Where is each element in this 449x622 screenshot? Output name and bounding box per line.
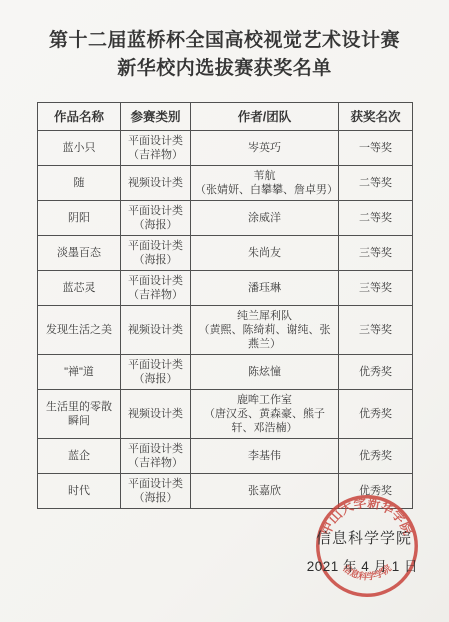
category-cell: 平面设计类 （海报）: [121, 236, 191, 271]
category-cell: 平面设计类 （海报）: [121, 474, 191, 509]
work-title-cell: 阴阳: [38, 201, 121, 236]
category-cell: 平面设计类 （海报）: [121, 355, 191, 390]
category-cell: 视频设计类: [121, 306, 191, 355]
award-cell: 三等奖: [339, 271, 413, 306]
author-cell: 苇航 （张婧妍、白攀攀、詹卓男）: [191, 166, 339, 201]
table-row: 生活里的零散瞬间 视频设计类 鹿哞工作室 （唐汉丞、黄森豪、熊子轩、邓浩楠） 优…: [38, 390, 413, 439]
category-cell: 平面设计类 （吉祥物）: [121, 439, 191, 474]
table-row: 发现生活之美 视频设计类 纯兰犀利队 （黄熙、陈绮莉、谢纯、张燕兰） 三等奖: [38, 306, 413, 355]
table-row: 蓝小只 平面设计类 （吉祥物） 岑英巧 一等奖: [38, 131, 413, 166]
author-cell: 纯兰犀利队 （黄熙、陈绮莉、谢纯、张燕兰）: [191, 306, 339, 355]
work-title-cell: 淡墨百态: [38, 236, 121, 271]
award-cell: 优秀奖: [339, 355, 413, 390]
title-line-1: 第十二届蓝桥杯全国高校视觉艺术设计赛: [0, 27, 449, 55]
category-cell: 平面设计类 （吉祥物）: [121, 131, 191, 166]
document-title: 第十二届蓝桥杯全国高校视觉艺术设计赛 新华校内选拔赛获奖名单: [0, 0, 449, 83]
table-row: 随 视频设计类 苇航 （张婧妍、白攀攀、詹卓男） 二等奖: [38, 166, 413, 201]
work-title-cell: 发现生活之美: [38, 306, 121, 355]
author-cell: 鹿哞工作室 （唐汉丞、黄森豪、熊子轩、邓浩楠）: [191, 390, 339, 439]
author-cell: 涂威洋: [191, 201, 339, 236]
author-cell: 潘珏琳: [191, 271, 339, 306]
award-cell: 优秀奖: [339, 390, 413, 439]
award-cell: 三等奖: [339, 306, 413, 355]
author-cell: 朱尚友: [191, 236, 339, 271]
work-title-cell: 蓝芯灵: [38, 271, 121, 306]
category-cell: 平面设计类 （海报）: [121, 201, 191, 236]
work-title-cell: "禅"道: [38, 355, 121, 390]
table-row: 阴阳 平面设计类 （海报） 涂威洋 二等奖: [38, 201, 413, 236]
header-work-title: 作品名称: [38, 103, 121, 131]
author-cell: 李基伟: [191, 439, 339, 474]
award-cell: 一等奖: [339, 131, 413, 166]
author-cell: 岑英巧: [191, 131, 339, 166]
category-cell: 视频设计类: [121, 166, 191, 201]
author-cell: 陈炫憧: [191, 355, 339, 390]
category-cell: 平面设计类 （吉祥物）: [121, 271, 191, 306]
signing-date: 2021 年 4 月 1 日: [0, 555, 418, 575]
table-row: 淡墨百态 平面设计类 （海报） 朱尚友 三等奖: [38, 236, 413, 271]
work-title-cell: 随: [38, 166, 121, 201]
header-category: 参赛类别: [121, 103, 191, 131]
header-author-team: 作者/团队: [191, 103, 339, 131]
award-cell: 三等奖: [339, 236, 413, 271]
table-row: 蓝芯灵 平面设计类 （吉祥物） 潘珏琳 三等奖: [38, 271, 413, 306]
award-cell: 二等奖: [339, 166, 413, 201]
table-header-row: 作品名称 参赛类别 作者/团队 获奖名次: [38, 103, 413, 131]
category-cell: 视频设计类: [121, 390, 191, 439]
work-title-cell: 生活里的零散瞬间: [38, 390, 121, 439]
work-title-cell: 时代: [38, 474, 121, 509]
awards-table: 作品名称 参赛类别 作者/团队 获奖名次 蓝小只 平面设计类 （吉祥物） 岑英巧…: [37, 102, 413, 509]
work-title-cell: 蓝企: [38, 439, 121, 474]
award-cell: 优秀奖: [339, 439, 413, 474]
title-line-2: 新华校内选拔赛获奖名单: [0, 55, 449, 83]
award-cell: 二等奖: [339, 201, 413, 236]
table-row: "禅"道 平面设计类 （海报） 陈炫憧 优秀奖: [38, 355, 413, 390]
header-award-rank: 获奖名次: [339, 103, 413, 131]
work-title-cell: 蓝小只: [38, 131, 121, 166]
table-row: 蓝企 平面设计类 （吉祥物） 李基伟 优秀奖: [38, 439, 413, 474]
scanned-award-document: 第十二届蓝桥杯全国高校视觉艺术设计赛 新华校内选拔赛获奖名单 作品名称 参赛类别…: [0, 0, 449, 622]
signing-department: 信息科学学院: [0, 527, 412, 548]
